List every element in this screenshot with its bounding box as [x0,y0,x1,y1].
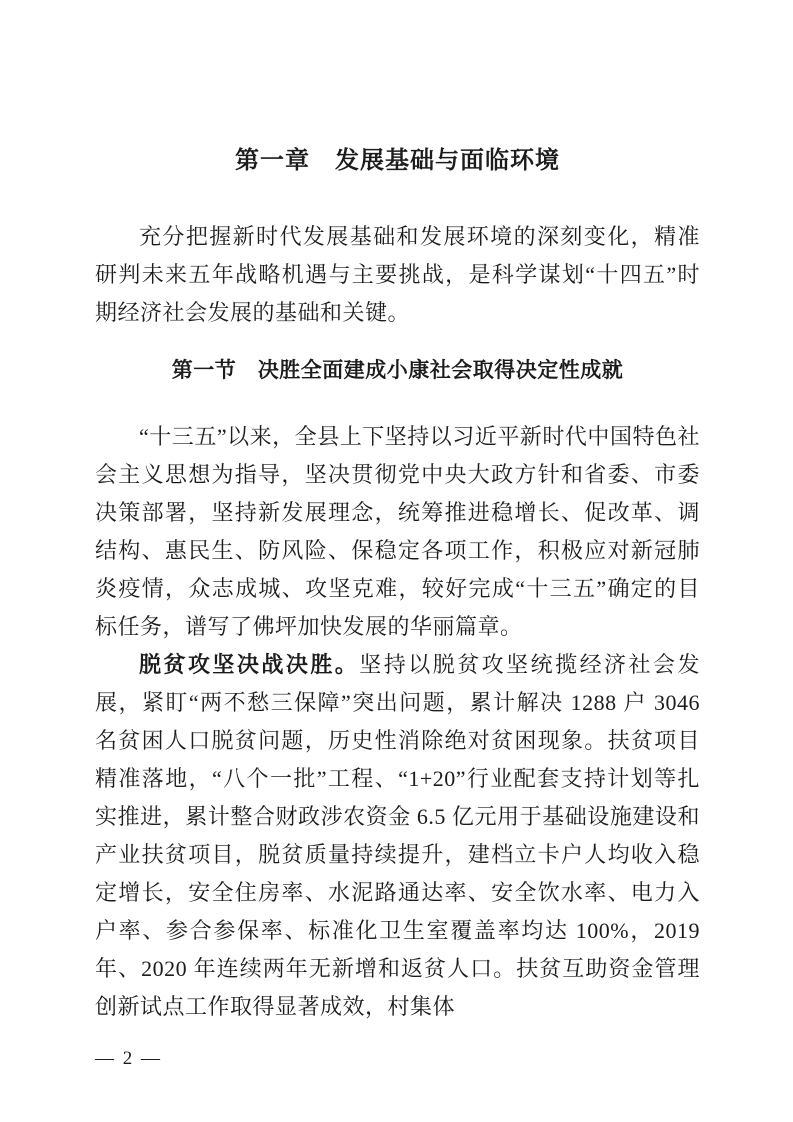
section-paragraph-2: 脱贫攻坚决战决胜。坚持以脱贫攻坚统揽经济社会发展，紧盯“两不愁三保障”突出问题，… [95,646,700,1026]
page-content: 第一章 发展基础与面临环境 充分把握新时代发展基础和发展环境的深刻变化，精准研判… [95,0,700,1026]
paragraph-2-body: 坚持以脱贫攻坚统揽经济社会发展，紧盯“两不愁三保障”突出问题，累计解决 1288… [95,652,700,1019]
paragraph-2-bold-lead: 脱贫攻坚决战决胜。 [139,652,359,677]
section-paragraph-1: “十三五”以来，全县上下坚持以习近平新时代中国特色社会主义思想为指导，坚决贯彻党… [95,418,700,646]
section-title: 第一节 决胜全面建成小康社会取得决定性成就 [95,352,700,390]
intro-paragraph: 充分把握新时代发展基础和发展环境的深刻变化，精准研判未来五年战略机遇与主要挑战，… [95,218,700,332]
document-page: 第一章 发展基础与面临环境 充分把握新时代发展基础和发展环境的深刻变化，精准研判… [0,0,793,1122]
page-number: — 2 — [95,1048,162,1070]
chapter-title: 第一章 发展基础与面临环境 [95,142,700,180]
